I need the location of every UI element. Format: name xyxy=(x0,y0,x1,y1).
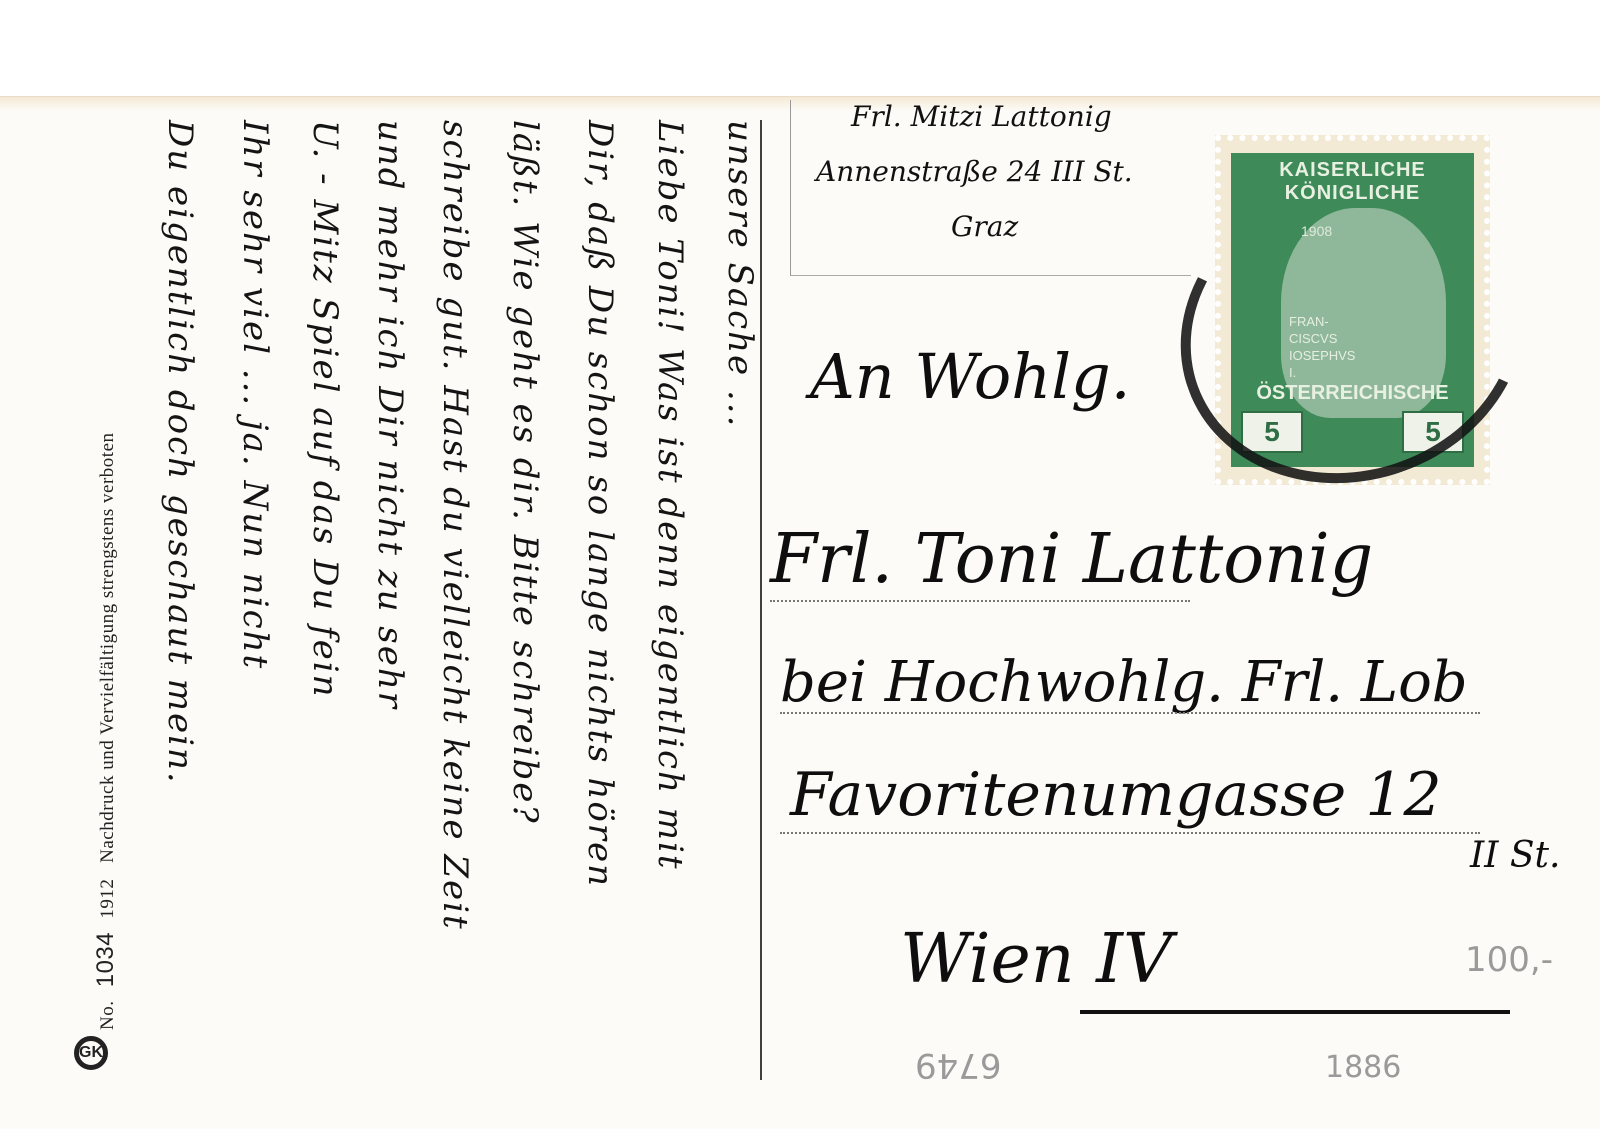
message-line: unsere Sache ... xyxy=(720,120,760,428)
city-underline xyxy=(1080,1010,1510,1014)
sender-name: Frl. Mitzi Lattonig xyxy=(851,100,1112,133)
divider-line xyxy=(760,120,762,1080)
message-line: läßt. Wie geht es dir. Bitte schreibe? xyxy=(505,120,545,825)
publisher-logo-icon: GK xyxy=(74,1036,108,1070)
pencil-code: 6749 xyxy=(915,1045,1002,1085)
message-line: schreibe gut. Hast du vielleicht keine Z… xyxy=(435,120,475,931)
recipient-name: Frl. Toni Lattonig xyxy=(770,520,1373,599)
recipient-care-of: bei Hochwohlg. Frl. Lob xyxy=(780,650,1468,715)
address-dotted-line xyxy=(780,832,1480,834)
message-line: Du eigentlich doch geschaut mein. xyxy=(160,120,200,785)
sender-city: Graz xyxy=(951,210,1018,243)
address-dotted-line xyxy=(780,712,1480,714)
card-number: 1034 xyxy=(92,932,119,987)
message-line: Dir, daß Du schon so lange nichts hören xyxy=(580,120,620,888)
pencil-ref: 1886 xyxy=(1325,1050,1401,1085)
recipient-city: Wien IV xyxy=(900,920,1172,999)
publisher-imprint: No. 1034 1912 Nachdruck und Vervielfälti… xyxy=(92,433,120,1031)
message-line: Ihr sehr viel ... ja. Nun nicht xyxy=(235,120,275,670)
sender-block: Frl. Mitzi Lattonig Annenstraße 24 III S… xyxy=(790,100,1191,276)
message-line: Liebe Toni! Was ist denn eigentlich mit xyxy=(650,120,690,871)
recipient-street: Favoritenumgasse 12 xyxy=(790,760,1442,830)
pencil-price: 100,- xyxy=(1465,940,1553,980)
print-year: 1912 xyxy=(97,879,118,919)
recipient-salutation: An Wohlg. xyxy=(810,340,1130,413)
recipient-floor: II St. xyxy=(1470,835,1560,876)
copyright-notice: Nachdruck und Vervielfältigung strengste… xyxy=(97,433,118,863)
sender-street: Annenstraße 24 III St. xyxy=(816,155,1133,188)
message-line: U. - Mitz Spiel auf das Du fein xyxy=(305,120,345,699)
number-label: No. xyxy=(97,1001,118,1030)
message-line: und mehr ich Dir nicht zu sehr xyxy=(370,120,410,710)
address-dotted-line xyxy=(770,600,1190,602)
